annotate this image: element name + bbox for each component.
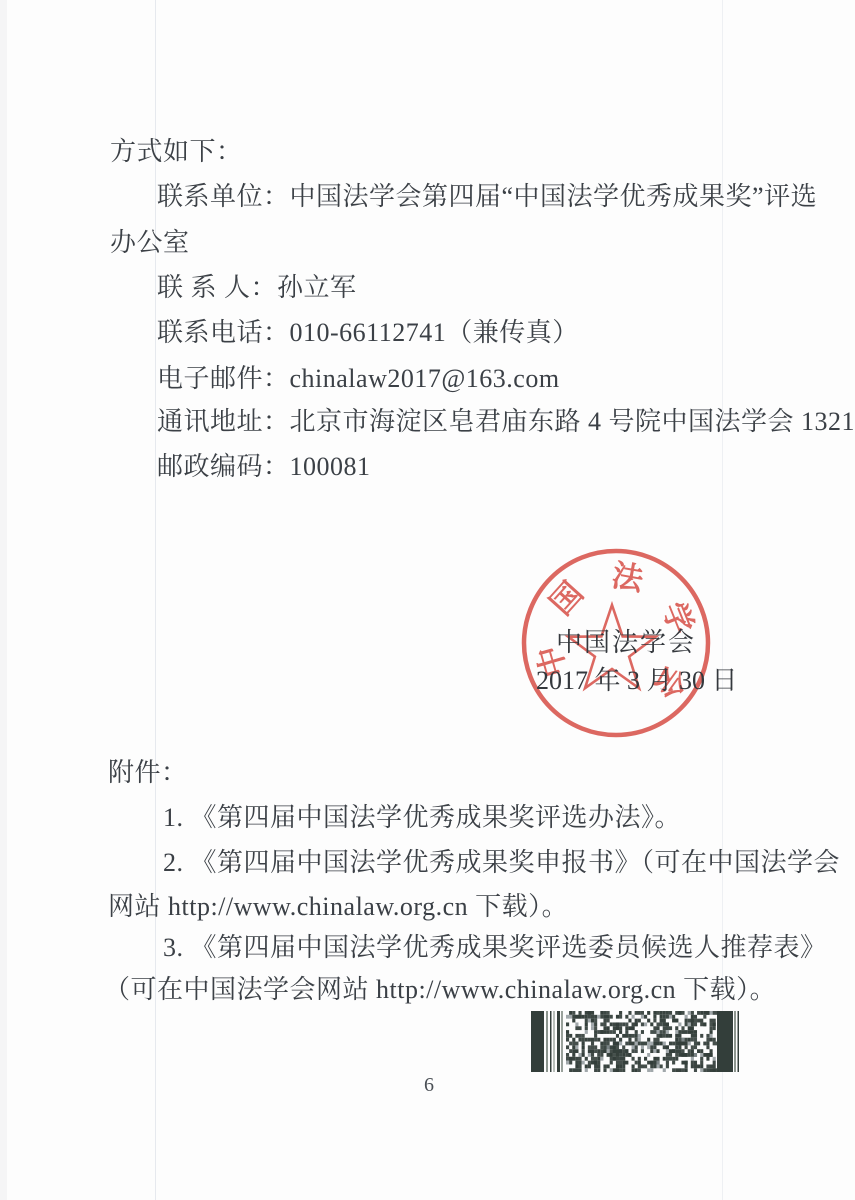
attachments-heading: 附件： — [108, 757, 188, 789]
attachment-item-1: 1. 《第四届中国法学优秀成果奖评选办法》。 — [163, 802, 681, 834]
contact-email-line: 电子邮件：chinalaw2017@163.com — [157, 363, 560, 395]
contact-unit-line: 联系单位：中国法学会第四届“中国法学优秀成果奖”评选 — [157, 181, 817, 213]
postal-code-line: 邮政编码：100081 — [157, 451, 371, 483]
attachment-item-3: 3. 《第四届中国法学优秀成果奖评选委员候选人推荐表》 — [163, 932, 827, 964]
seal-char: 法 — [609, 558, 647, 598]
method-intro-line: 方式如下： — [110, 136, 243, 168]
contact-address-line: 通讯地址：北京市海淀区皂君庙东路 4 号院中国法学会 1321 室 — [157, 406, 855, 438]
scan-artifact-line — [155, 0, 156, 1200]
attachment-item-2-wrap: 网站 http://www.chinalaw.org.cn 下载）。 — [108, 891, 568, 923]
contact-unit-wrap-line: 办公室 — [110, 227, 190, 259]
attachment-item-3-wrap: （可在中国法学会网站 http://www.chinalaw.org.cn 下载… — [104, 974, 776, 1006]
signature-org: 中国法学会 — [556, 627, 696, 659]
scanned-document-page: 方式如下： 联系单位：中国法学会第四届“中国法学优秀成果奖”评选 办公室 联 系… — [0, 0, 855, 1200]
page-number: 6 — [424, 1074, 434, 1097]
contact-person-line: 联 系 人：孙立军 — [157, 272, 357, 304]
scan-edge-shade — [0, 0, 7, 1200]
attachment-item-2: 2. 《第四届中国法学优秀成果奖申报书》（可在中国法学会 — [163, 847, 840, 879]
contact-phone-line: 联系电话：010-66112741（兼传真） — [157, 317, 579, 349]
signature-date: 2017 年 3 月 30 日 — [536, 665, 738, 697]
barcode — [531, 1011, 740, 1072]
seal-char: 国 — [543, 575, 590, 621]
